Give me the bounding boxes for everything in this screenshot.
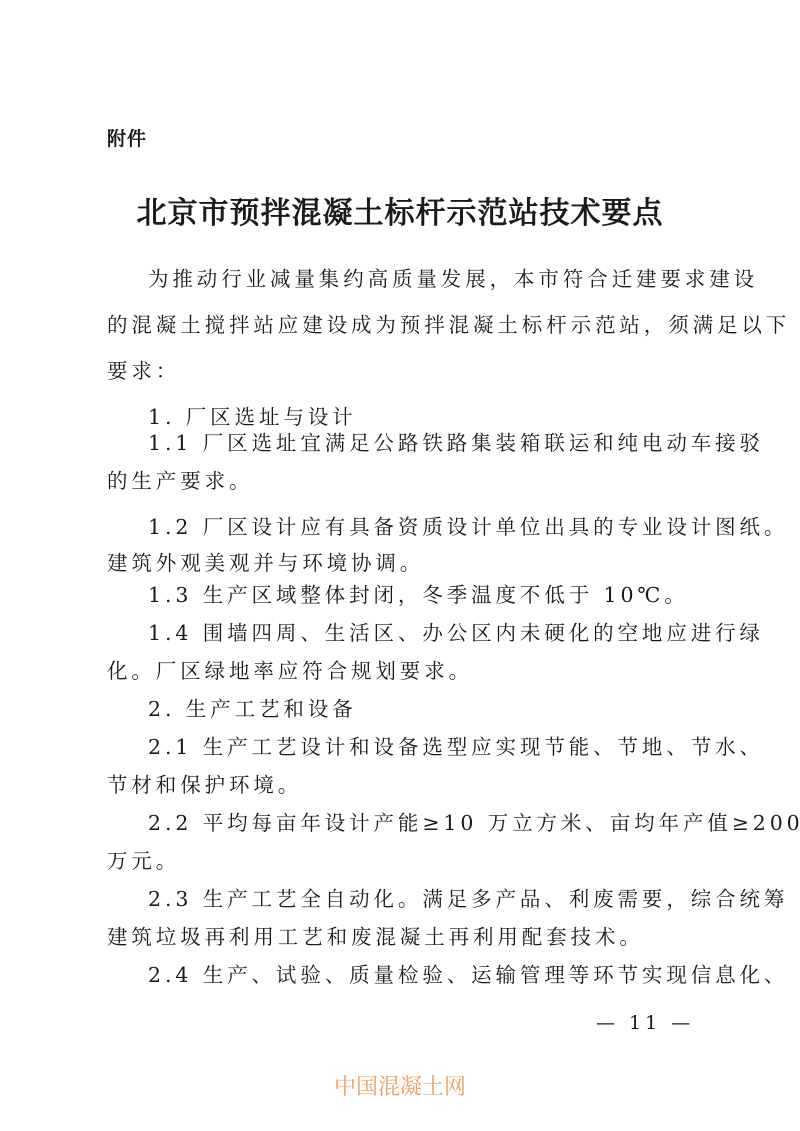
text-line: 2.3 生产工艺全自动化。满足多产品、利废需要，综合统筹	[148, 882, 788, 912]
text-line: 要求：	[107, 354, 180, 384]
text-line: 2.1 生产工艺设计和设备选型应实现节能、节地、节水、	[148, 730, 764, 760]
text-line: 2.2 平均每亩年设计产能≥10 万立方米、亩均年产值≥2000	[148, 806, 800, 836]
text-line: 1.2 厂区设计应有具备资质设计单位出具的专业设计图纸。	[148, 510, 788, 540]
page-number: — 11 —	[596, 1012, 694, 1034]
text-line: 万元。	[107, 844, 180, 874]
text-line: 1.1 厂区选址宜满足公路铁路集装箱联运和纯电动车接驳	[148, 426, 764, 456]
text-line: 建筑外观美观并与环境协调。	[107, 546, 424, 576]
text-line: 的混凝土搅拌站应建设成为预拌混凝土标杆示范站，须满足以下	[107, 308, 790, 338]
attachment-label: 附件	[107, 124, 147, 151]
text-line: 化。厂区绿地率应符合规划要求。	[107, 654, 473, 684]
watermark: 中国混凝土网	[0, 1070, 800, 1101]
text-line: 1.4 围墙四周、生活区、办公区内未硬化的空地应进行绿	[148, 616, 764, 646]
text-line: 1.3 生产区域整体封闭，冬季温度不低于 10℃。	[148, 578, 689, 608]
text-line: 建筑垃圾再利用工艺和废混凝土再利用配套技术。	[107, 920, 644, 950]
text-line: 节材和保护环境。	[107, 768, 302, 798]
text-line: 2.4 生产、试验、质量检验、运输管理等环节实现信息化、	[148, 958, 788, 988]
text-line: 的生产要求。	[107, 464, 253, 494]
text-line: 2. 生产工艺和设备	[148, 692, 357, 722]
document-title: 北京市预拌混凝土标杆示范站技术要点	[0, 188, 800, 232]
text-line: 为推动行业减量集约高质量发展，本市符合迁建要求建设	[148, 262, 758, 292]
